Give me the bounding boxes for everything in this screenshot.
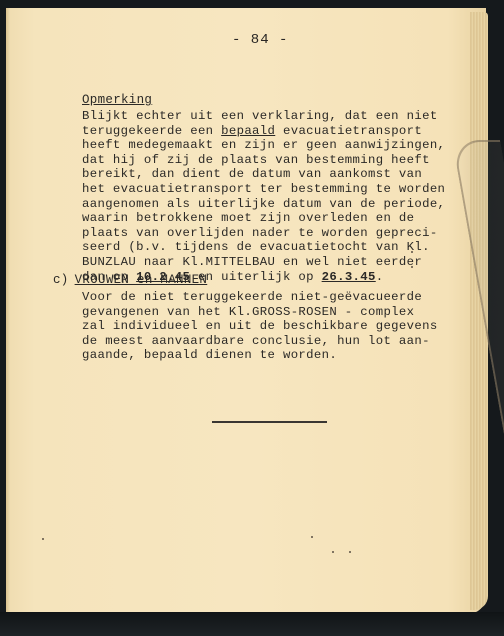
paper-speck [42,538,44,540]
paper-speck [311,536,313,538]
section-label: c) [53,273,69,287]
text-line: gaande, bepaald dienen te worden. [82,348,438,363]
remark-heading: Opmerking [82,93,152,107]
text-line: seerd (b.v. tijdens de evacuatietocht va… [82,240,445,255]
text-line: Blijkt echter uit een verklaring, dat ee… [82,109,445,124]
text-line: dat hij of zij de plaats van bestemming … [82,153,445,168]
background-shadow [0,612,504,636]
text-line: gevangenen van het Kl.GROSS-ROSEN - comp… [82,305,438,320]
horizontal-rule [212,421,327,423]
binding-edge [6,8,10,614]
section-title: VROUWEN en MANNEN [75,273,208,287]
text-line: BUNZLAU naar Kl.MITTELBAU en wel niet ee… [82,255,445,270]
section-c-paragraph: Voor de niet teruggekeerde niet-geëvacue… [82,290,438,363]
paper-speck [411,266,413,268]
document-page: - 84 - Opmerking Blijkt echter uit een v… [6,8,486,614]
text-line: zal individueel en uit de beschikbare ge… [82,319,438,334]
section-c-header: c)VROUWEN en MANNEN [53,273,207,287]
text-line: heeft medegemaakt en zijn er geen aanwij… [82,138,445,153]
text-line: plaats van overlijden nader te worden ge… [82,226,445,241]
text-line: aangenomen als uiterlijke datum van de p… [82,197,445,212]
page-number: - 84 - [232,32,288,48]
paper-speck [349,551,351,553]
text-line: het evacuatietransport ter bestemming te… [82,182,445,197]
remark-paragraph: Blijkt echter uit een verklaring, dat ee… [82,109,445,284]
text-line: teruggekeerde een bepaald evacuatietrans… [82,124,445,139]
paper-speck [332,551,334,553]
text-line: waarin betrokkene moet zijn overleden en… [82,211,445,226]
text-line: de meest aanvaardbare conclusie, hun lot… [82,334,438,349]
text-line: Voor de niet teruggekeerde niet-geëvacue… [82,290,438,305]
underlined-term: 26.3.45 [322,270,376,284]
paper-speck [411,251,413,253]
text-line: bereikt, dan dient de datum van aankomst… [82,167,445,182]
underlined-term: bepaald [221,124,275,138]
text-line-content: teruggekeerde een bepaald evacuatietrans… [82,124,422,138]
